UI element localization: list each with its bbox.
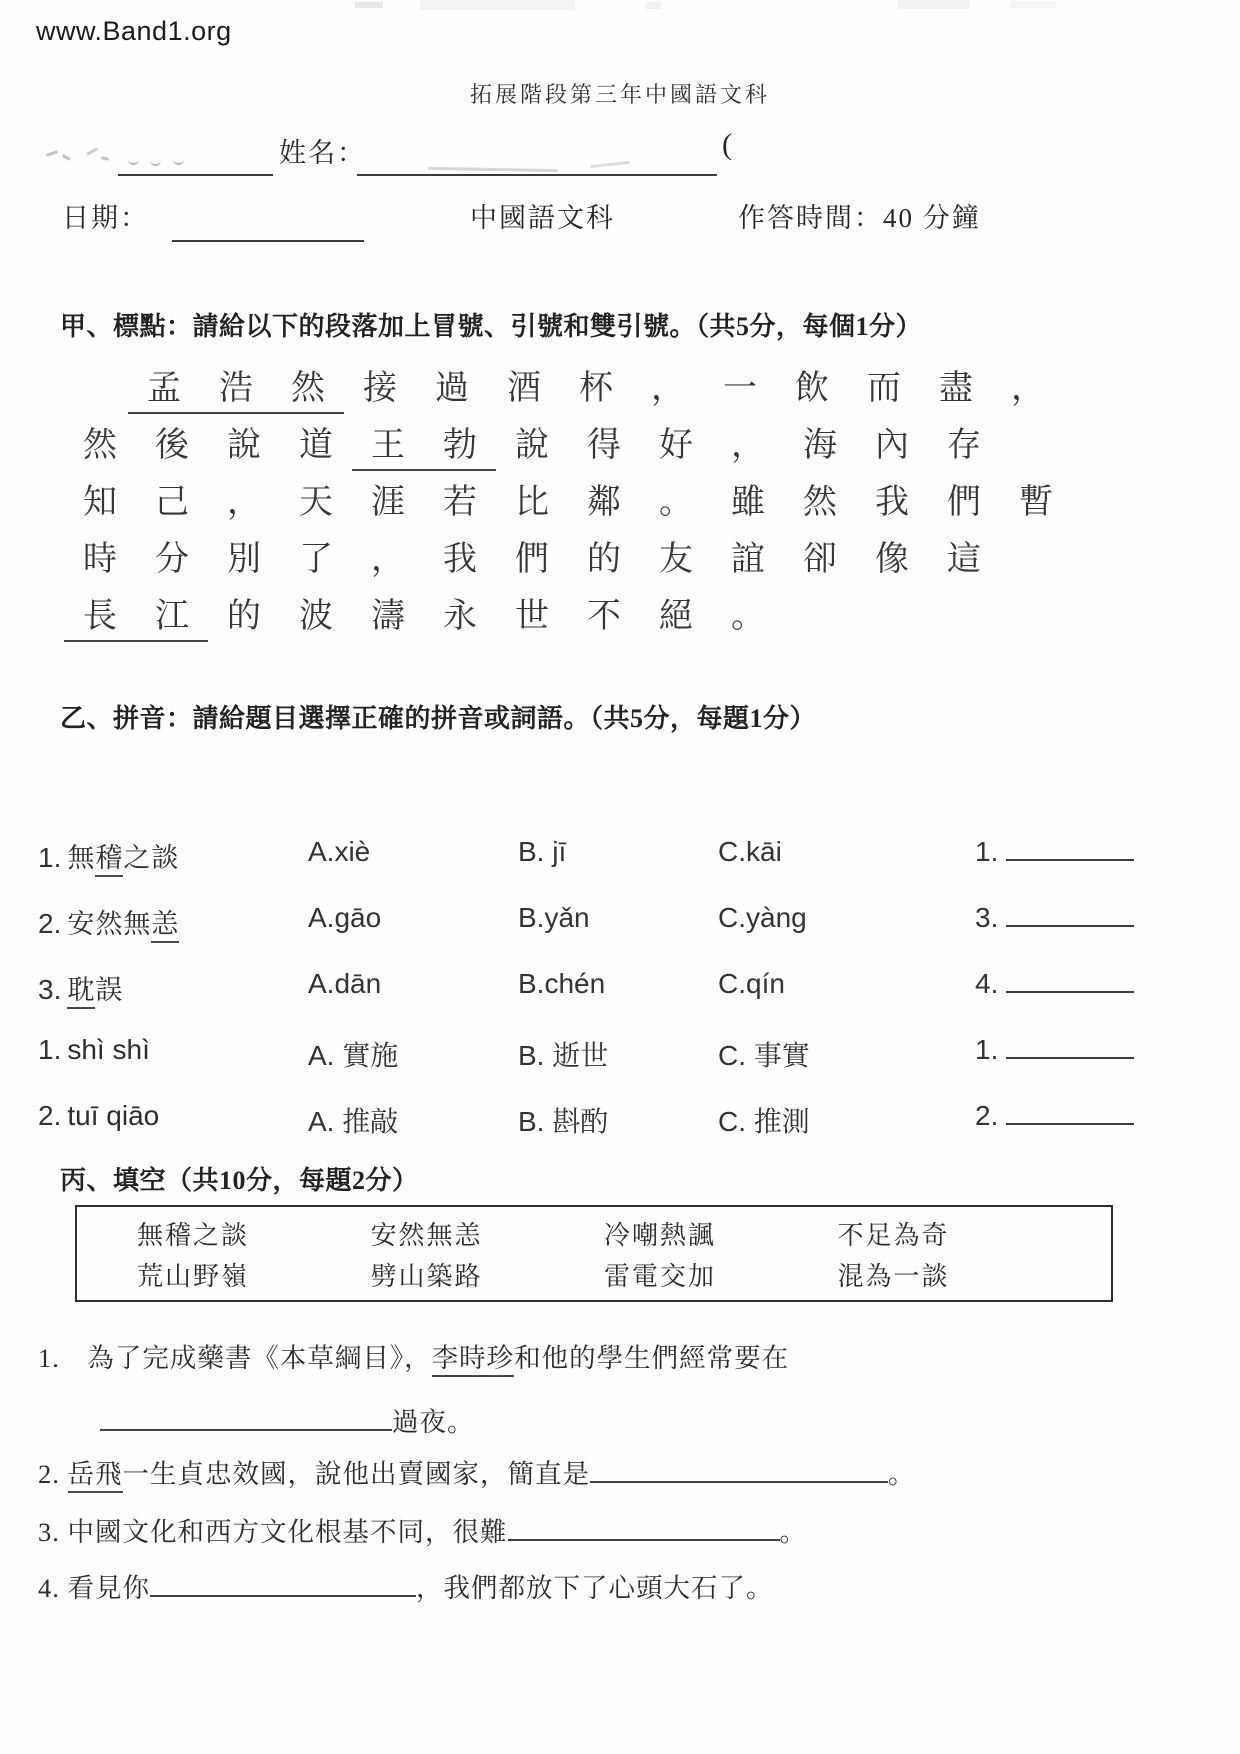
page-title: 拓展階段第三年中國語文科 bbox=[0, 78, 1240, 109]
word-bank-item: 雷電交加 bbox=[604, 1256, 838, 1297]
pinyin-question-list: 1.無稽之談A.xièB. jīC.kāi1.2.安然無恙A.gāoB.yǎnC… bbox=[38, 836, 1202, 1166]
answer-blank-line bbox=[1006, 843, 1134, 861]
passage-char: 接 bbox=[344, 360, 416, 409]
passage-char: 鄰 bbox=[568, 474, 640, 523]
passage-char: 卻 bbox=[784, 531, 856, 580]
passage-char: 王 bbox=[352, 417, 424, 466]
question-cell: 2.安然無恙 bbox=[38, 902, 308, 941]
subject-title: 中國語文科 bbox=[470, 196, 615, 235]
passage-char: ， bbox=[992, 360, 1064, 409]
passage-char: 而 bbox=[848, 360, 920, 409]
watermark: www.Band1.org bbox=[36, 16, 232, 47]
passage-char: 這 bbox=[928, 531, 1000, 580]
faded-class-label-mark bbox=[46, 150, 58, 156]
option-a: A.xiè bbox=[308, 836, 518, 868]
passage-char: 酒 bbox=[488, 360, 560, 409]
passage-char: 世 bbox=[496, 588, 568, 637]
word-bank-item: 無稽之談 bbox=[137, 1215, 371, 1256]
passage-char: 絕 bbox=[640, 588, 712, 637]
passage-char: 然 bbox=[64, 417, 136, 466]
passage-char: 然 bbox=[784, 474, 856, 523]
passage-char: 過 bbox=[416, 360, 488, 409]
passage-char: 誼 bbox=[712, 531, 784, 580]
underlined-name: 李時珍 bbox=[432, 1343, 515, 1377]
passage-char: ， bbox=[208, 474, 280, 523]
passage-char: 浩 bbox=[200, 360, 272, 409]
word-part: 安然無 bbox=[67, 909, 151, 939]
question-line: 過夜。 bbox=[100, 1400, 475, 1439]
option-b: B. 斟酌 bbox=[518, 1100, 718, 1140]
punctuation-passage: 孟浩然接過酒杯，一飲而盡，然後說道王勃說得好，海內存知己，天涯若比鄰。雖然我們暫… bbox=[64, 360, 1072, 645]
word-bank-item: 安然無恙 bbox=[371, 1215, 605, 1256]
passage-line: 孟浩然接過酒杯，一飲而盡， bbox=[128, 360, 1072, 417]
question-text: 1. 為了完成藥書《本草綱目》， bbox=[38, 1343, 432, 1373]
passage-char: 然 bbox=[272, 360, 344, 409]
passage-char: 一 bbox=[704, 360, 776, 409]
question-cell: 1.無稽之談 bbox=[38, 836, 308, 875]
faded-handwriting-mark bbox=[150, 157, 161, 166]
option-b: B. jī bbox=[518, 836, 718, 868]
answer-number: 1. bbox=[975, 1034, 998, 1065]
answer-number: 1. bbox=[975, 836, 998, 867]
word-bank-row: 荒山野嶺劈山築路雷電交加混為一談 bbox=[137, 1256, 1071, 1297]
date-blank-line bbox=[172, 240, 364, 242]
question-line: 3. 中國文化和西方文化根基不同，很難。 bbox=[38, 1510, 807, 1549]
option-c: C. 事實 bbox=[718, 1034, 975, 1074]
class-blank-line bbox=[118, 174, 273, 176]
answer-cell: 1. bbox=[975, 1034, 1202, 1066]
question-text: 和他的學生們經常要在 bbox=[514, 1343, 789, 1373]
passage-char: ， bbox=[712, 417, 784, 466]
passage-char: 存 bbox=[928, 417, 1000, 466]
passage-char: 江 bbox=[136, 588, 208, 637]
word-part: shì shì bbox=[67, 1034, 149, 1065]
passage-char: 比 bbox=[496, 474, 568, 523]
answer-cell: 1. bbox=[975, 836, 1202, 868]
passage-char: 得 bbox=[568, 417, 640, 466]
exam-page: www.Band1.org 拓展階段第三年中國語文科 姓名： ( 日期： 中國語… bbox=[0, 0, 1240, 1754]
name-blank-line bbox=[357, 174, 717, 176]
word-bank-item: 不足為奇 bbox=[838, 1215, 1072, 1256]
fill-blank bbox=[508, 1513, 780, 1542]
option-c: C.kāi bbox=[718, 836, 975, 868]
passage-char: 的 bbox=[568, 531, 640, 580]
fill-blank bbox=[150, 1569, 416, 1598]
passage-char: 孟 bbox=[128, 360, 200, 409]
option-b: B.chén bbox=[518, 968, 718, 1000]
faded-pencil-mark bbox=[590, 161, 630, 168]
answer-number: 2. bbox=[975, 1100, 998, 1131]
option-b: B.yǎn bbox=[518, 902, 718, 934]
passage-char: 飲 bbox=[776, 360, 848, 409]
question-cell: 3.耽誤 bbox=[38, 968, 308, 1007]
question-text: 一生貞忠效國，說他出賣國家，簡直是 bbox=[123, 1459, 591, 1489]
section-b-heading: 乙、拼音：請給題目選擇正確的拼音或詞語。（共5分，每題1分） bbox=[60, 698, 816, 735]
question-cell: 2.tuī qiāo bbox=[38, 1100, 308, 1132]
word-bank-item: 劈山築路 bbox=[371, 1256, 605, 1297]
passage-char: ， bbox=[632, 360, 704, 409]
passage-char: 己 bbox=[136, 474, 208, 523]
passage-char: 勃 bbox=[424, 417, 496, 466]
passage-char: 天 bbox=[280, 474, 352, 523]
word-part: 無 bbox=[67, 843, 95, 873]
scan-artifact bbox=[1010, 1, 1056, 8]
faded-class-label-mark bbox=[86, 147, 98, 155]
passage-char: 。 bbox=[712, 588, 784, 637]
passage-char: 內 bbox=[856, 417, 928, 466]
pinyin-question-row: 2.tuī qiāoA. 推敲B. 斟酌C. 推測2. bbox=[38, 1100, 1202, 1166]
section-a-heading: 甲、標點：請給以下的段落加上冒號、引號和雙引號。（共5分，每個1分） bbox=[60, 306, 922, 343]
question-number: 3. bbox=[38, 974, 61, 1005]
pinyin-question-row: 2.安然無恙A.gāoB.yǎnC.yàng3. bbox=[38, 902, 1202, 968]
passage-char: 我 bbox=[424, 531, 496, 580]
passage-char: 長 bbox=[64, 588, 136, 637]
passage-char: 別 bbox=[208, 531, 280, 580]
passage-line: 知己，天涯若比鄰。雖然我們暫 bbox=[64, 474, 1072, 531]
passage-char: 雖 bbox=[712, 474, 784, 523]
question-word: 安然無恙 bbox=[67, 909, 179, 943]
option-c: C.qín bbox=[718, 968, 975, 1000]
answer-blank-line bbox=[1006, 909, 1134, 927]
word-bank-item: 荒山野嶺 bbox=[137, 1256, 371, 1297]
passage-char: 我 bbox=[856, 474, 928, 523]
pinyin-question-row: 1.無稽之談A.xièB. jīC.kāi1. bbox=[38, 836, 1202, 902]
passage-char: 杯 bbox=[560, 360, 632, 409]
question-word: 耽誤 bbox=[67, 975, 123, 1009]
passage-char: 說 bbox=[208, 417, 280, 466]
word-part: 稽 bbox=[95, 843, 123, 877]
open-paren: ( bbox=[722, 128, 734, 162]
passage-char: 盡 bbox=[920, 360, 992, 409]
answer-cell: 3. bbox=[975, 902, 1202, 934]
question-number: 1. bbox=[38, 1034, 61, 1065]
underlined-name: 岳飛 bbox=[68, 1459, 123, 1493]
word-part: 誤 bbox=[95, 975, 123, 1005]
word-part: 耽 bbox=[67, 975, 95, 1009]
scan-artifact bbox=[355, 2, 383, 8]
word-part: 恙 bbox=[151, 909, 179, 943]
option-c: C.yàng bbox=[718, 902, 975, 934]
passage-char: 時 bbox=[64, 531, 136, 580]
underlined-name: 孟浩然 bbox=[128, 360, 344, 414]
question-text: 2. bbox=[38, 1459, 68, 1489]
passage-char: 濤 bbox=[352, 588, 424, 637]
passage-char: 了 bbox=[280, 531, 352, 580]
answer-blank-line bbox=[1006, 1107, 1134, 1125]
scan-artifact bbox=[898, 0, 970, 9]
option-c: C. 推測 bbox=[718, 1100, 975, 1140]
option-a: A.dān bbox=[308, 968, 518, 1000]
word-bank-item: 冷嘲熱諷 bbox=[604, 1215, 838, 1256]
passage-char: 們 bbox=[496, 531, 568, 580]
question-text: 。 bbox=[888, 1459, 916, 1489]
passage-char: 好 bbox=[640, 417, 712, 466]
passage-char: 友 bbox=[640, 531, 712, 580]
passage-char: 說 bbox=[496, 417, 568, 466]
passage-line: 長江的波濤永世不絕。 bbox=[64, 588, 1072, 645]
faded-class-label-mark bbox=[101, 156, 109, 160]
faded-class-label-mark bbox=[62, 154, 71, 161]
word-part: tuī qiāo bbox=[67, 1100, 159, 1131]
question-line: 1. 為了完成藥書《本草綱目》，李時珍和他的學生們經常要在 bbox=[38, 1336, 789, 1375]
pinyin-question-row: 3.耽誤A.dānB.chénC.qín4. bbox=[38, 968, 1202, 1034]
passage-char: 道 bbox=[280, 417, 352, 466]
section-c-heading: 丙、填空（共10分，每題2分） bbox=[60, 1160, 419, 1197]
date-label: 日期： bbox=[62, 196, 149, 235]
passage-char: 的 bbox=[208, 588, 280, 637]
question-line: 4. 看見你，我們都放下了心頭大石了。 bbox=[38, 1566, 774, 1605]
word-bank-row: 無稽之談安然無恙冷嘲熱諷不足為奇 bbox=[137, 1215, 1071, 1256]
question-word: tuī qiāo bbox=[67, 1100, 159, 1131]
question-word: 無稽之談 bbox=[67, 843, 179, 877]
passage-line: 時分別了，我們的友誼卻像這 bbox=[64, 531, 1072, 588]
scan-artifact bbox=[420, 0, 575, 10]
question-number: 2. bbox=[38, 1100, 61, 1131]
question-number: 1. bbox=[38, 842, 61, 873]
passage-line: 然後說道王勃說得好，海內存 bbox=[64, 417, 1072, 474]
time-allowed-label: 作答時間：40 分鐘 bbox=[738, 196, 981, 235]
question-text: 3. 中國文化和西方文化根基不同，很難 bbox=[38, 1517, 508, 1547]
question-text: ，我們都放下了心頭大石了。 bbox=[416, 1573, 774, 1603]
passage-char: 分 bbox=[136, 531, 208, 580]
option-b: B. 逝世 bbox=[518, 1034, 718, 1074]
scan-artifact bbox=[645, 2, 661, 9]
word-part: 之談 bbox=[123, 843, 179, 873]
question-text: 。 bbox=[780, 1517, 808, 1547]
faded-handwriting-mark bbox=[128, 156, 139, 165]
option-a: A. 推敲 bbox=[308, 1100, 518, 1140]
question-cell: 1.shì shì bbox=[38, 1034, 308, 1066]
answer-number: 3. bbox=[975, 902, 998, 933]
name-label: 姓名： bbox=[279, 131, 366, 170]
pinyin-question-row: 1.shì shìA. 實施B. 逝世C. 事實1. bbox=[38, 1034, 1202, 1100]
question-line: 2. 岳飛一生貞忠效國，說他出賣國家，簡直是。 bbox=[38, 1452, 916, 1491]
fill-blank bbox=[590, 1455, 888, 1484]
question-word: shì shì bbox=[67, 1034, 149, 1065]
underlined-name: 王勃 bbox=[352, 417, 496, 471]
passage-char: 暫 bbox=[1000, 474, 1072, 523]
passage-char: 涯 bbox=[352, 474, 424, 523]
passage-char: 不 bbox=[568, 588, 640, 637]
word-bank-box: 無稽之談安然無恙冷嘲熱諷不足為奇荒山野嶺劈山築路雷電交加混為一談 bbox=[75, 1205, 1113, 1302]
faded-handwriting-mark bbox=[173, 156, 184, 165]
passage-char: 們 bbox=[928, 474, 1000, 523]
passage-char: 海 bbox=[784, 417, 856, 466]
answer-blank-line bbox=[1006, 1041, 1134, 1059]
underlined-name: 長江 bbox=[64, 588, 208, 642]
fill-blank bbox=[100, 1403, 392, 1432]
answer-number: 4. bbox=[975, 968, 998, 999]
passage-char: 像 bbox=[856, 531, 928, 580]
question-text: 4. 看見你 bbox=[38, 1573, 150, 1603]
passage-char: 永 bbox=[424, 588, 496, 637]
question-text: 過夜。 bbox=[392, 1407, 475, 1437]
faded-pencil-mark bbox=[428, 167, 558, 172]
answer-cell: 4. bbox=[975, 968, 1202, 1000]
answer-cell: 2. bbox=[975, 1100, 1202, 1132]
passage-char: 知 bbox=[64, 474, 136, 523]
option-a: A. 實施 bbox=[308, 1034, 518, 1074]
passage-char: 。 bbox=[640, 474, 712, 523]
passage-char: ， bbox=[352, 531, 424, 580]
passage-char: 後 bbox=[136, 417, 208, 466]
word-bank-item: 混為一談 bbox=[838, 1256, 1072, 1297]
answer-blank-line bbox=[1006, 975, 1134, 993]
question-number: 2. bbox=[38, 908, 61, 939]
passage-char: 波 bbox=[280, 588, 352, 637]
passage-char: 若 bbox=[424, 474, 496, 523]
option-a: A.gāo bbox=[308, 902, 518, 934]
